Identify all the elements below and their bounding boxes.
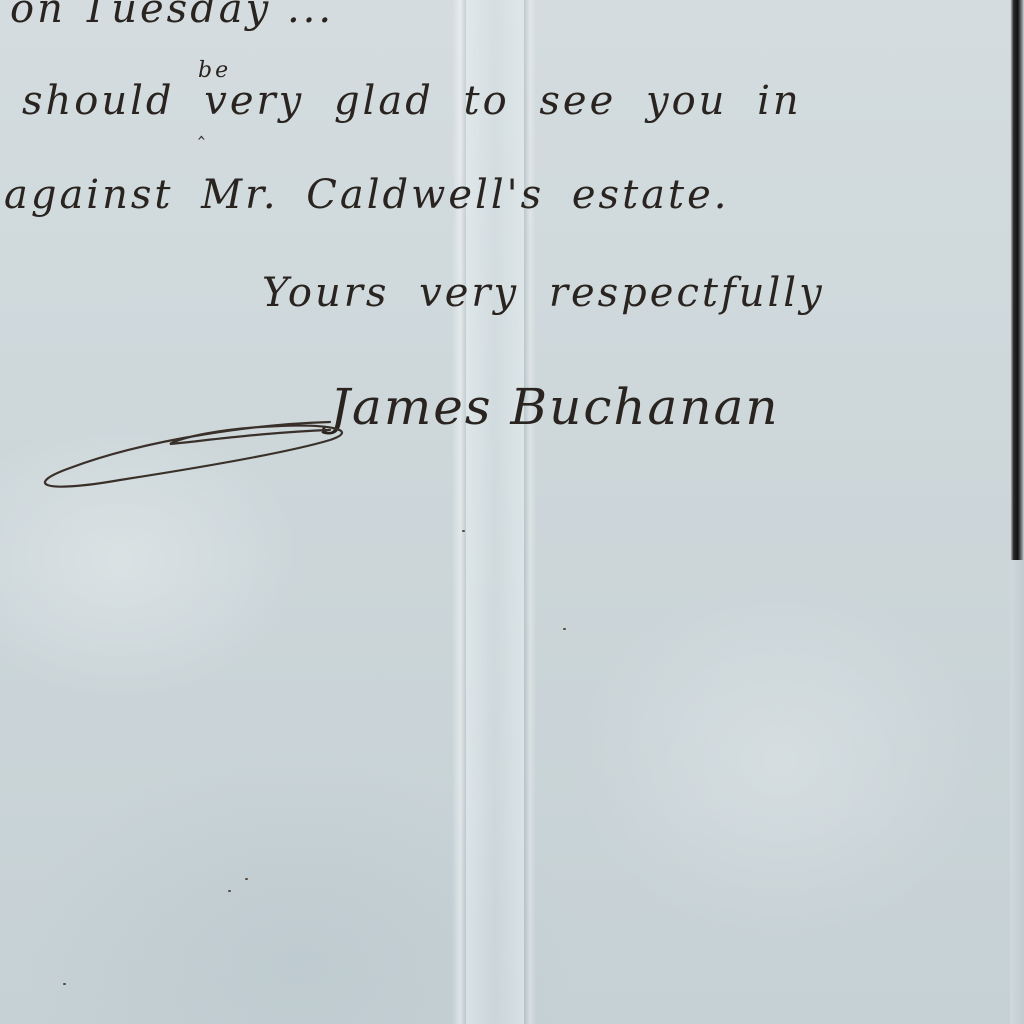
- letter-line-3: against Mr. Caldwell's estate.: [4, 172, 729, 218]
- paper-fold-shadow-left: [452, 0, 466, 1024]
- paper-speck: [462, 530, 465, 532]
- paper-fold-crease: [466, 0, 524, 1024]
- signature-flourish-icon: [30, 410, 380, 490]
- paper-speck: [245, 878, 248, 880]
- frame-edge-lower: [1010, 560, 1024, 1024]
- paper-speck: [563, 628, 566, 630]
- frame-edge: [1010, 0, 1024, 560]
- paper-speck: [63, 983, 66, 985]
- letter-closing: Yours very respectfully: [262, 270, 825, 316]
- signature: James Buchanan: [330, 378, 780, 436]
- letter-line-1: on Tuesday ...: [10, 0, 334, 32]
- paper-fold-shadow-right: [524, 0, 536, 1024]
- paper-speck: [228, 890, 231, 892]
- letter-line-2: should very glad to see you in: [22, 78, 802, 124]
